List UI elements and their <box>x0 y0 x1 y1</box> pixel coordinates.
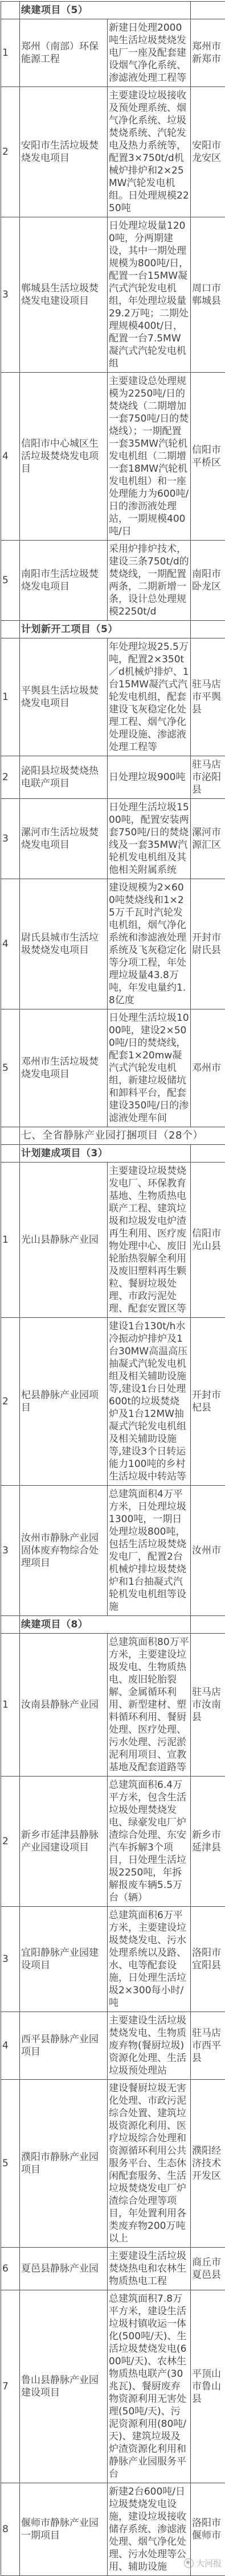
project-description-cell: 日处理生活垃圾1000吨，建设2×500吨/日的焚烧线，配套1×20mw凝汽式汽… <box>108 1009 191 1127</box>
project-name-cell: 宜阳静脉产业园建设项目 <box>20 1907 108 2012</box>
row-number-cell: 3 <box>1 799 20 879</box>
project-row: 2杞县静脉产业园项目建设1台130t/h水冷振动炉排炉及1台30MW高温高压抽凝… <box>1 1318 225 1486</box>
project-location-cell: 安阳市龙安区 <box>191 87 225 217</box>
project-description-cell: 建设1台130t/h水冷振动炉排炉及1台30MW高温高压抽凝式汽轮发电机组及相关… <box>108 1318 191 1486</box>
section-header-row: 七、全省静脉产业园打捆项目（28个） <box>1 1127 225 1145</box>
project-row: 2安阳市生活垃圾焚烧发电项目主要建设垃圾接收及预处理系统、烟气净化系统、垃圾焚烧… <box>1 87 225 217</box>
row-number-cell: 1 <box>1 1163 20 1318</box>
section-title-cell: 续建项目（8） <box>20 1616 191 1634</box>
project-name-cell: 安阳市生活垃圾焚烧发电项目 <box>20 87 108 217</box>
project-row: 5濮阳市静脉产业园项目建设餐厨垃圾无害化处理、市政污泥综合处置、建筑垃圾资源化利… <box>1 2080 225 2248</box>
project-description-cell: 主要建设垃圾接收及预处理系统、烟气净化系统、垃圾焚烧系统、汽轮发电及热力系统等，… <box>108 87 191 217</box>
project-location-cell: 驻马店市泌阳县 <box>191 756 225 799</box>
project-location-cell: 南阳市卧龙区 <box>191 541 225 621</box>
project-row: 1汝南县静脉产业园总建筑面积80万平方米，主要建设垃圾发电、生物质热电、废旧轮胎… <box>1 1634 225 1777</box>
row-number-cell: 6 <box>1 2248 20 2290</box>
section-header-row: 计划新开工项目（5） <box>1 621 225 638</box>
project-row: 5南阳市生活垃圾焚烧发电项目采用炉排炉技术，建设三条750t/d的焚烧线，一期配… <box>1 541 225 621</box>
project-row: 8偃师市静脉产业园一期项目新建2台600吨/日垃圾焚烧发电设施，建设垃圾接收储存… <box>1 2483 225 2576</box>
project-location-cell: 洛阳市偃师市 <box>191 2483 225 2576</box>
document-page: 续建项目（5）1郑州（南部）环保能源工程新建日处理2000吨生活垃圾焚烧发电厂一… <box>0 0 225 2576</box>
project-description-cell: 建设餐厨垃圾无害化处理、市政污泥综合处置、建筑垃圾资源化利用、医疗垃圾综合处理和… <box>108 2080 191 2248</box>
project-row: 1光山县静脉产业园主要建设垃圾焚烧发电厂、环保教育基地、生物质热电联产工程、建筑… <box>1 1163 225 1318</box>
row-number-cell: 5 <box>1 1009 20 1127</box>
project-location-cell: 漯河市源汇区 <box>191 799 225 879</box>
project-row: 4西平县静脉产业园项目主要建设生活垃圾焚烧发电、生物质废弃物(餐厨垃圾)资源化处… <box>1 2012 225 2080</box>
project-row: 3郸城县生活垃圾焚烧发电建设项目日处理垃圾量1200吨，分两期建设，其中一期处理… <box>1 217 225 373</box>
project-row: 3漯河市生活垃圾焚烧发电项目日处理生活垃圾1500吨，配置安装两套750吨/日的… <box>1 799 225 879</box>
project-name-cell: 光山县静脉产业园 <box>20 1163 108 1318</box>
project-name-cell: 信阳市中心城区生活垃圾焚烧发电项目 <box>20 373 108 541</box>
project-row: 2泌阳县垃圾焚烧热电联产项目日处理垃圾900吨驻马店市泌阳县 <box>1 756 225 799</box>
project-name-cell: 汝州市静脉产业园固体废弃物综合处理项目 <box>20 1486 108 1616</box>
project-name-cell: 尉氏县城市生活垃圾焚烧发电项目 <box>20 879 108 1009</box>
section-header-row: 续建项目（5） <box>1 2 225 19</box>
row-number-cell <box>1 2 20 19</box>
row-number-cell <box>1 1616 20 1634</box>
project-name-cell: 郑州（南部）环保能源工程 <box>20 19 108 87</box>
project-row: 5邓州市生活垃圾焚烧发电项目日处理生活垃圾1000吨，建设2×500吨/日的焚烧… <box>1 1009 225 1127</box>
project-row: 6夏邑县静脉产业园主要建设生活垃圾焚烧热电和农林生物质热电工程商丘市夏邑县 <box>1 2248 225 2290</box>
row-number-cell: 1 <box>1 638 20 756</box>
row-number-cell: 8 <box>1 2483 20 2576</box>
project-row: 1郑州（南部）环保能源工程新建日处理2000吨生活垃圾焚烧发电厂一座及配套建设烟… <box>1 19 225 87</box>
project-location-cell: 开封市杞县 <box>191 1318 225 1486</box>
row-number-cell <box>1 621 20 638</box>
row-number-cell: 2 <box>1 87 20 217</box>
section-title-cell: 续建项目（5） <box>20 2 191 19</box>
project-description-cell: 日处理生活垃圾1500吨，配置安装两套750吨/日的焚烧线及一套35MW汽轮机发… <box>108 799 191 879</box>
project-description-cell: 主要建设总处理规模为2250吨/日的焚烧线（二期增加一套750吨/日的焚烧线）；… <box>108 373 191 541</box>
project-row: 7鲁山县静脉产业园建设项目总建筑面积7.8万平方米，建设生活垃圾村镇收运一体化(… <box>1 2290 225 2483</box>
project-row: 3宜阳静脉产业园建设项目总建筑面积6万平方米，主要建设垃圾焚烧发电、污水处理系统… <box>1 1907 225 2012</box>
project-row: 2新乡市延津县静脉产业园建设项目总建筑面积6.4万平方米，包含生活垃圾处理焚烧发… <box>1 1777 225 1907</box>
project-name-cell: 南阳市生活垃圾焚烧发电项目 <box>20 541 108 621</box>
row-number-cell: 3 <box>1 1907 20 2012</box>
location-cell <box>191 1616 225 1634</box>
project-location-cell: 开封市尉氏县 <box>191 879 225 1009</box>
project-name-cell: 郸城县生活垃圾焚烧发电建设项目 <box>20 217 108 373</box>
row-number-cell: 5 <box>1 541 20 621</box>
row-number-cell: 4 <box>1 373 20 541</box>
project-description-cell: 主要建设生活垃圾焚烧发电、生物质废弃物(餐厨垃圾)资源化处理、生活垃圾预处理站 <box>108 2012 191 2080</box>
project-name-cell: 偃师市静脉产业园一期项目 <box>20 2483 108 2576</box>
project-description-cell: 总建筑面积7.8万平方米，建设生活垃圾村镇收运一体化(500吨/天)、生活垃圾焚… <box>108 2290 191 2483</box>
project-location-cell: 郑州市新郑市 <box>191 19 225 87</box>
project-name-cell: 邓州市生活垃圾焚烧发电项目 <box>20 1009 108 1127</box>
project-description-cell: 建设规模为2×600吨焚烧线和1×25万千瓦时汽轮发电机组，烟气净化系统和渗滤液… <box>108 879 191 1009</box>
row-number-cell: 5 <box>1 2080 20 2248</box>
section-header-row: 计划建成项目（3） <box>1 1145 225 1163</box>
row-number-cell: 1 <box>1 19 20 87</box>
project-description-cell: 主要建设生活垃圾焚烧热电和农林生物质热电工程 <box>108 2248 191 2290</box>
project-name-cell: 鲁山县静脉产业园建设项目 <box>20 2290 108 2483</box>
row-number-cell: 1 <box>1 1634 20 1777</box>
row-number-cell: 2 <box>1 1318 20 1486</box>
project-description-cell: 总建筑面积6.4万平方米，包含生活垃圾处理焚烧发电、绿豪发电厂炉渣综合处理、东安… <box>108 1777 191 1907</box>
project-description-cell: 日处理垃圾量1200吨，分两期建设，其中一期处理规模为800吨/日，配置一台15… <box>108 217 191 373</box>
project-row: 1平舆县生活垃圾焚烧发电项目年处理垃圾25.5万吨，配置2×350t／d机械炉排… <box>1 638 225 756</box>
project-name-cell: 新乡市延津县静脉产业园建设项目 <box>20 1777 108 1907</box>
project-description-cell: 年处理垃圾25.5万吨，配置2×350t／d机械炉排炉、1台15MW凝汽式汽轮发… <box>108 638 191 756</box>
section-title-cell: 计划新开工项目（5） <box>20 621 191 638</box>
project-name-cell: 泌阳县垃圾焚烧热电联产项目 <box>20 756 108 799</box>
row-number-cell: 3 <box>1 217 20 373</box>
row-number-cell: 3 <box>1 1486 20 1616</box>
row-number-cell: 4 <box>1 879 20 1009</box>
row-number-cell <box>1 1127 20 1145</box>
project-location-cell: 驻马店市西平县 <box>191 2012 225 2080</box>
row-number-cell: 4 <box>1 2012 20 2080</box>
project-name-cell: 西平县静脉产业园项目 <box>20 2012 108 2080</box>
project-description-cell: 采用炉排炉技术，建设三条750t/d的焚烧线，一期配置两条，二期新增一条，设计总… <box>108 541 191 621</box>
project-description-cell: 总建筑面积6万平方米，主要建设垃圾焚烧发电、污水处理系统以及路、水、电等配套设施… <box>108 1907 191 2012</box>
row-number-cell: 2 <box>1 756 20 799</box>
project-description-cell: 新建2台600吨/日垃圾焚烧发电设施，建设垃圾接收储存系统、渗滤液处理、烟气净化… <box>108 2483 191 2576</box>
project-row: 4尉氏县城市生活垃圾焚烧发电项目建设规模为2×600吨焚烧线和1×25万千瓦时汽… <box>1 879 225 1009</box>
project-name-cell: 平舆县生活垃圾焚烧发电项目 <box>20 638 108 756</box>
project-description-cell: 总建筑面积80万平方米，主要建设垃圾发电、生物质热电、废旧轮胎裂解、金属循环利用… <box>108 1634 191 1777</box>
project-location-cell: 商丘市夏邑县 <box>191 2248 225 2290</box>
section-title-cell: 计划建成项目（3） <box>20 1145 191 1163</box>
project-location-cell: 邓州市 <box>191 1009 225 1127</box>
project-name-cell: 杞县静脉产业园项目 <box>20 1318 108 1486</box>
project-description-cell: 主要建设垃圾焚烧发电厂、环保教育基地、生物质热电联产工程、建筑垃圾和垃圾发电炉渣… <box>108 1163 191 1318</box>
project-description-cell: 日处理垃圾900吨 <box>108 756 191 799</box>
projects-table: 续建项目（5）1郑州（南部）环保能源工程新建日处理2000吨生活垃圾焚烧发电厂一… <box>1 1 225 2576</box>
location-cell <box>191 1145 225 1163</box>
project-row: 3汝州市静脉产业园固体废弃物综合处理项目总建筑面积4万平方米，日处理垃圾1300… <box>1 1486 225 1616</box>
project-location-cell: 周口市郸城县 <box>191 217 225 373</box>
location-cell <box>191 621 225 638</box>
project-row: 4信阳市中心城区生活垃圾焚烧发电项目主要建设总处理规模为2250吨/日的焚烧线（… <box>1 373 225 541</box>
section-header-row: 续建项目（8） <box>1 1616 225 1634</box>
project-location-cell: 信阳市平桥区 <box>191 373 225 541</box>
project-location-cell: 平顶山市鲁山县 <box>191 2290 225 2483</box>
project-name-cell: 汝南县静脉产业园 <box>20 1634 108 1777</box>
project-location-cell: 新乡市延津县 <box>191 1777 225 1907</box>
row-number-cell <box>1 1145 20 1163</box>
project-location-cell: 濮阳经济技术开发区 <box>191 2080 225 2248</box>
project-description-cell: 新建日处理2000吨生活垃圾焚烧发电厂一座及配套建设烟气净化系统、渗滤液处理工程… <box>108 19 191 87</box>
location-cell <box>191 2 225 19</box>
table-body: 续建项目（5）1郑州（南部）环保能源工程新建日处理2000吨生活垃圾焚烧发电厂一… <box>1 2 225 2576</box>
project-name-cell: 漯河市生活垃圾焚烧发电项目 <box>20 799 108 879</box>
project-name-cell: 濮阳市静脉产业园项目 <box>20 2080 108 2248</box>
row-number-cell: 7 <box>1 2290 20 2483</box>
project-description-cell: 总建筑面积4万平方米，日处理垃圾1300吨，一期日处理垃圾800吨，包括生活垃圾… <box>108 1486 191 1616</box>
project-location-cell: 信阳市光山县 <box>191 1163 225 1318</box>
project-name-cell: 夏邑县静脉产业园 <box>20 2248 108 2290</box>
section-title-cell: 七、全省静脉产业园打捆项目（28个） <box>20 1127 225 1145</box>
project-location-cell: 洛阳市宜阳县 <box>191 1907 225 2012</box>
row-number-cell: 2 <box>1 1777 20 1907</box>
project-location-cell: 汝州市 <box>191 1486 225 1616</box>
project-location-cell: 驻马店市汝南县 <box>191 1634 225 1777</box>
project-location-cell: 驻马店市平舆县 <box>191 638 225 756</box>
